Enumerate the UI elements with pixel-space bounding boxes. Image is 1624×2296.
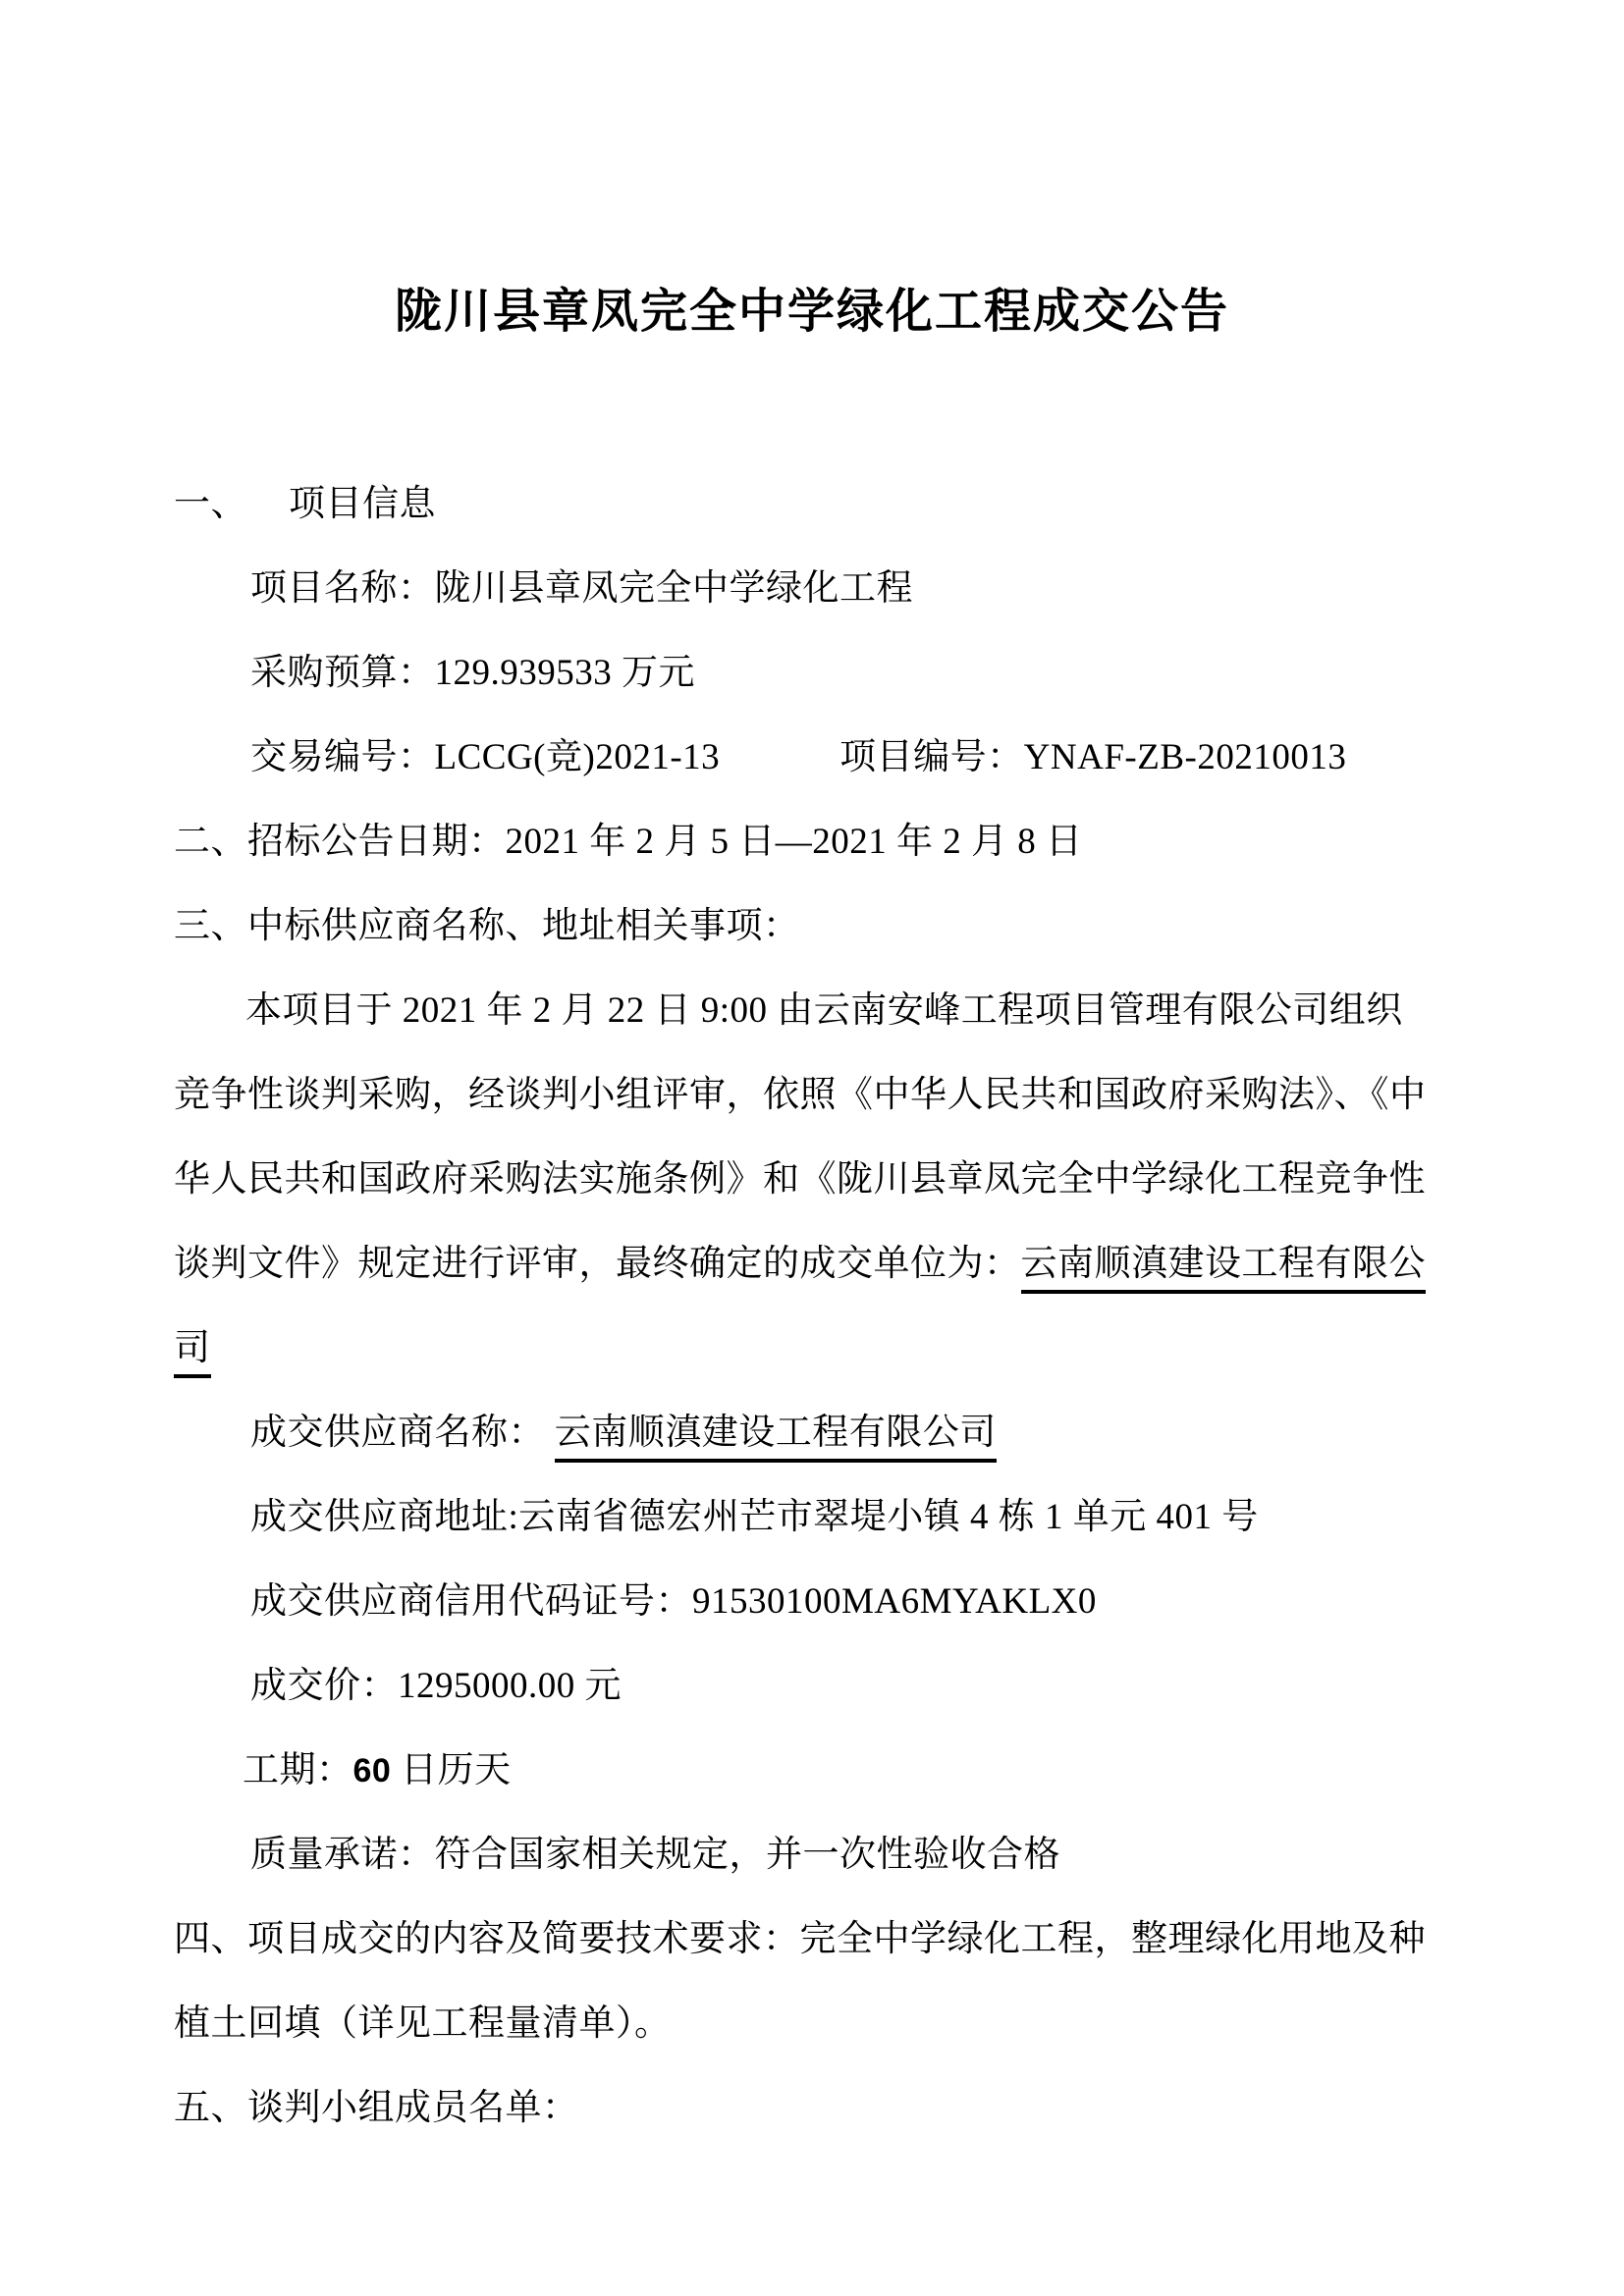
procurement-budget: 采购预算：129.939533 万元 [250, 631, 1480, 716]
text-segment: 五、谈判小组成员名单： [174, 2088, 579, 2128]
text-segment: 植土回填（详见工程量清单）。 [174, 2003, 672, 2044]
paragraph-line-3: 华人民共和国政府采购法实施条例》和《陇川县章凤完全中学绿化工程竞争性 [174, 1138, 1480, 1222]
transaction-price: 成交价：1295000.00 元 [250, 1644, 1480, 1729]
quality-commitment: 质量承诺：符合国家相关规定，并一次性验收合格 [250, 1813, 1480, 1897]
section-5-heading: 五、谈判小组成员名单： [174, 2066, 1480, 2151]
underlined-text: 司 [174, 1328, 211, 1378]
project-name: 项目名称：陇川县章凤完全中学绿化工程 [250, 547, 1480, 631]
underlined-text: 云南顺滇建设工程有限公 [1021, 1244, 1427, 1294]
section-3-heading: 三、中标供应商名称、地址相关事项： [174, 884, 1480, 969]
section-4-content-line-1: 四、项目成交的内容及简要技术要求：完全中学绿化工程，整理绿化用地及种 [174, 1897, 1480, 1982]
text-segment: 项目信息 [289, 484, 436, 524]
text-segment: 谈判文件》规定进行评审，最终确定的成交单位为： [174, 1244, 1021, 1284]
tab-gap [720, 768, 839, 769]
section-4-content-line-2: 植土回填（详见工程量清单）。 [174, 1982, 1480, 2066]
paragraph-line-1: 本项目于 2021 年 2 月 22 日 9:00 由云南安峰工程项目管理有限公… [245, 969, 1480, 1053]
winning-supplier-address: 成交供应商地址:云南省德宏州芒市翠堤小镇 4 栋 1 单元 401 号 [250, 1475, 1480, 1560]
section-2-tender-notice-date: 二、招标公告日期：2021 年 2 月 5 日—2021 年 2 月 8 日 [174, 800, 1480, 884]
text-segment: 一、 [174, 484, 247, 524]
text-segment: 四、项目成交的内容及简要技术要求：完全中学绿化工程，整理绿化用地及种 [174, 1919, 1426, 1959]
text-segment: 项目编号：YNAF-ZB-20210013 [839, 737, 1346, 777]
construction-period: 工期：60 日历天 [243, 1729, 1480, 1813]
paragraph-line-2: 竞争性谈判采购，经谈判小组评审，依照《中华人民共和国政府采购法》、《中 [174, 1053, 1480, 1138]
text-segment: 采购预算：129.939533 万元 [250, 653, 695, 693]
winning-supplier-credit-code: 成交供应商信用代码证号：91530100MA6MYAKLX0 [250, 1560, 1480, 1644]
winning-supplier-name: 成交供应商名称： 云南顺滇建设工程有限公司 [250, 1391, 1480, 1475]
text-segment: 成交供应商地址:云南省德宏州芒市翠堤小镇 4 栋 1 单元 401 号 [250, 1497, 1259, 1537]
text-segment: 交易编号：LCCG(竞)2021-13 [250, 737, 720, 777]
document-body: 一、项目信息项目名称：陇川县章凤完全中学绿化工程采购预算：129.939533 … [174, 462, 1480, 2151]
text-segment: 成交价：1295000.00 元 [250, 1666, 622, 1706]
section-1-heading: 一、项目信息 [174, 462, 1480, 547]
document-page: 陇川县章凤完全中学绿化工程成交公告 一、项目信息项目名称：陇川县章凤完全中学绿化… [0, 0, 1624, 2296]
underlined-text: 云南顺滇建设工程有限公司 [555, 1413, 997, 1463]
text-segment: 成交供应商名称： [250, 1413, 555, 1453]
text-segment: 本项目于 2021 年 2 月 22 日 9:00 由云南安峰工程项目管理有限公… [245, 990, 1403, 1031]
text-segment: 成交供应商信用代码证号：91530100MA6MYAKLX0 [250, 1581, 1097, 1622]
document-title: 陇川县章凤完全中学绿化工程成交公告 [0, 266, 1624, 358]
text-segment: 二、招标公告日期：2021 年 2 月 5 日—2021 年 2 月 8 日 [174, 822, 1083, 862]
text-segment: 质量承诺：符合国家相关规定，并一次性验收合格 [250, 1835, 1060, 1875]
text-segment: 竞争性谈判采购，经谈判小组评审，依照《中华人民共和国政府采购法》、《中 [174, 1075, 1427, 1115]
text-segment: 工期： [243, 1750, 353, 1790]
paragraph-line-4: 谈判文件》规定进行评审，最终确定的成交单位为：云南顺滇建设工程有限公 [174, 1222, 1480, 1307]
text-segment: 三、中标供应商名称、地址相关事项： [174, 906, 800, 946]
transaction-and-project-number: 交易编号：LCCG(竞)2021-13项目编号：YNAF-ZB-20210013 [250, 716, 1480, 800]
text-segment: 华人民共和国政府采购法实施条例》和《陇川县章凤完全中学绿化工程竞争性 [174, 1159, 1426, 1200]
text-segment: 60 [353, 1752, 392, 1789]
paragraph-line-5: 司 [174, 1307, 1480, 1391]
text-segment: 项目名称：陇川县章凤完全中学绿化工程 [250, 568, 913, 609]
text-segment: 日历天 [391, 1750, 511, 1790]
tab-gap [247, 514, 289, 515]
